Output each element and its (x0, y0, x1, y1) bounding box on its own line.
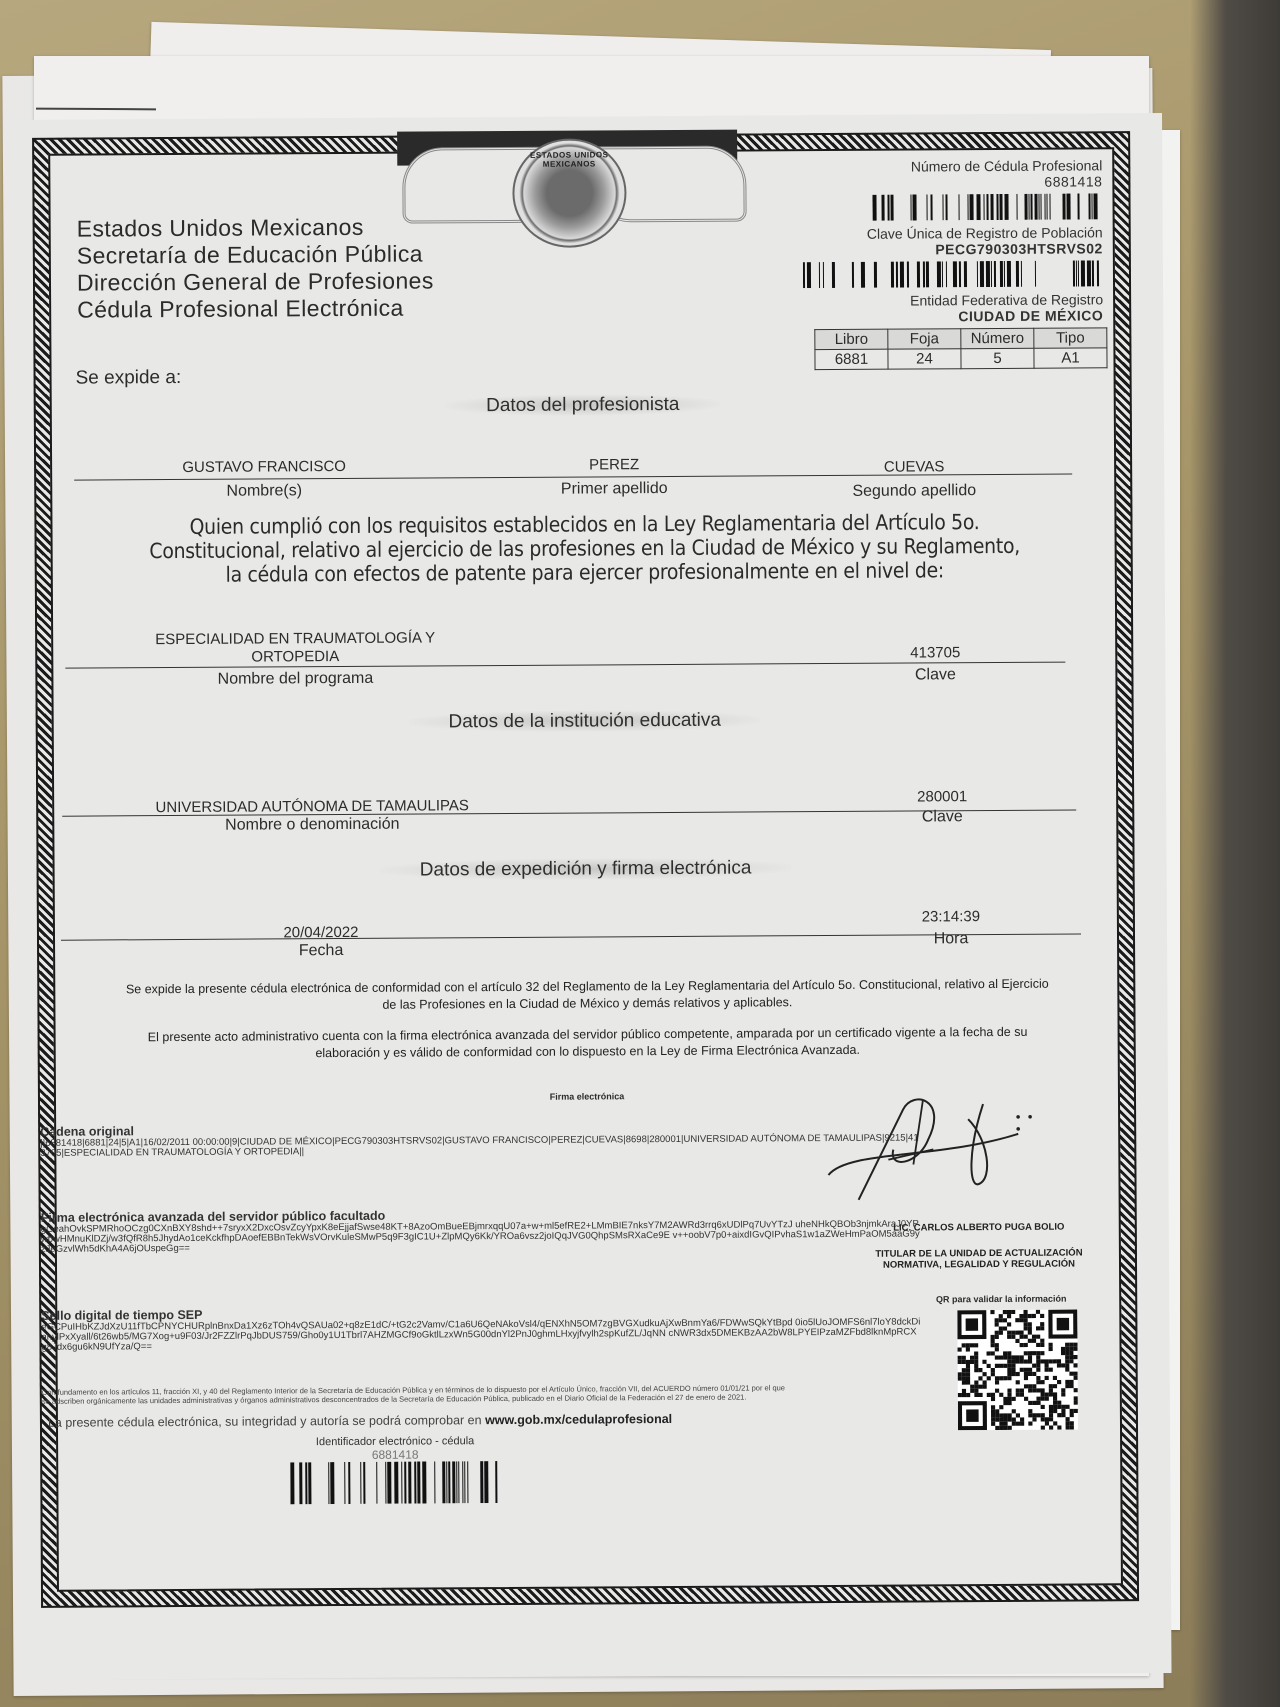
registro-foja: 24 (888, 349, 961, 369)
firma-avanzada: Firma electrónica avanzada del servidor … (41, 1206, 921, 1254)
sello-tiempo-text: eGCPuIHbKZJdXzU11fTbCPNYCHURplnBnxDa1Xz6… (41, 1316, 920, 1352)
identificador-value: 6881418 (280, 1447, 510, 1462)
primer-apellido-value: PEREZ (544, 456, 684, 474)
qr-code-icon[interactable] (957, 1310, 1078, 1431)
qr-label: QR para validar la información (911, 1293, 1091, 1304)
seal-text: ESTADOS UNIDOS MEXICANOS (514, 150, 624, 169)
legal-paragraph-1: Se expide la presente cédula electrónica… (37, 975, 1137, 1016)
section-title-text: Datos de la institución educativa (408, 709, 761, 732)
section-title-text: Datos del profesionista (446, 394, 719, 417)
cadena-original: Cadena original ||6881418|6881|24|5|A1|1… (40, 1120, 920, 1158)
registro-header-numero: Número (961, 328, 1034, 348)
nombres-label: Nombre(s) (174, 482, 354, 501)
verify-link[interactable]: www.gob.mx/cedulaprofesional (485, 1412, 672, 1427)
curp-barcode-icon (803, 260, 1103, 288)
sello-tiempo: Sello digital de tiempo SEP eGCPuIHbKZJd… (41, 1304, 921, 1352)
fecha-label: Fecha (261, 942, 381, 961)
background-surface (1190, 0, 1280, 1707)
entidad-value: CIUDAD DE MÉXICO (783, 307, 1103, 325)
curp-value: PECG790303HTSRVS02 (783, 240, 1103, 258)
registration-block: Número de Cédula Profesional 6881418 Cla… (782, 157, 1103, 325)
institucion-clave-value: 280001 (892, 788, 992, 806)
section-title-text: Datos de expedición y firma electrónica (380, 857, 792, 881)
nombres-value: GUSTAVO FRANCISCO (134, 458, 394, 477)
segundo-apellido-label: Segundo apellido (824, 482, 1004, 501)
identificador-block: Identificador electrónico - cédula 68814… (280, 1435, 510, 1507)
header-country: Estados Unidos Mexicanos (77, 213, 434, 242)
registro-numero: 5 (961, 348, 1034, 368)
signatory-title: TITULAR DE LA UNIDAD DE ACTUALIZACIÓN NO… (869, 1247, 1089, 1270)
se-expide-label: Se expide a: (76, 367, 182, 390)
handwritten-signature-icon (818, 1089, 1049, 1210)
registro-header-tipo: Tipo (1034, 328, 1107, 348)
institucion-name-label: Nombre o denominación (202, 816, 422, 835)
curp-label: Clave Única de Registro de Población (783, 224, 1103, 242)
cedula-number-label: Número de Cédula Profesional (782, 157, 1102, 175)
verify-text: La presente cédula electrónica, su integ… (48, 1413, 482, 1430)
registro-libro: 6881 (815, 349, 888, 369)
registro-table: Libro Foja Número Tipo 6881 24 5 A1 (814, 327, 1107, 370)
signatory-name: LIC. CARLOS ALBERTO PUGA BOLIO (869, 1221, 1089, 1233)
cedula-barcode-icon (872, 193, 1102, 220)
hora-value: 23:14:39 (901, 908, 1001, 926)
cedula-number: 6881418 (782, 173, 1102, 191)
statement-paragraph: Quien cumplió con los requisitos estable… (34, 509, 1134, 588)
header-ministry: Secretaría de Educación Pública (77, 240, 434, 269)
primer-apellido-label: Primer apellido (524, 480, 704, 499)
header-document-type: Cédula Profesional Electrónica (77, 294, 434, 323)
entidad-label: Entidad Federativa de Registro (783, 291, 1103, 309)
programa-name-line1: ESPECIALIDAD EN TRAUMATOLOGÍA Y (125, 629, 465, 648)
hora-label: Hora (901, 930, 1001, 949)
issuer-header: Estados Unidos Mexicanos Secretaría de E… (77, 213, 434, 323)
registro-tipo: A1 (1034, 348, 1107, 368)
legal-paragraph-2: El presente acto administrativo cuenta c… (38, 1023, 1138, 1064)
cedula-document: ESTADOS UNIDOS MEXICANOS Estados Unidos … (12, 113, 1172, 1680)
programa-clave-label: Clave (885, 666, 985, 685)
signatory-title-line: NORMATIVA, LEGALIDAD Y REGULACIÓN (869, 1258, 1089, 1270)
programa-name-line2: ORTOPEDIA (125, 647, 465, 666)
header-directorate: Dirección General de Profesiones (77, 267, 434, 296)
programa-name-label: Nombre del programa (185, 670, 405, 689)
mexico-coat-of-arms-icon: ESTADOS UNIDOS MEXICANOS (512, 138, 627, 248)
programa-clave-value: 413705 (885, 644, 985, 662)
institucion-clave-label: Clave (892, 808, 992, 827)
registro-header-foja: Foja (888, 329, 961, 349)
registro-header-libro: Libro (815, 329, 888, 349)
identificador-barcode-icon (290, 1461, 500, 1504)
firma-avanzada-text: gGeahOvkSPMRhoOCzg0CXnBXY8shd++7sryxX2Dx… (41, 1218, 920, 1254)
